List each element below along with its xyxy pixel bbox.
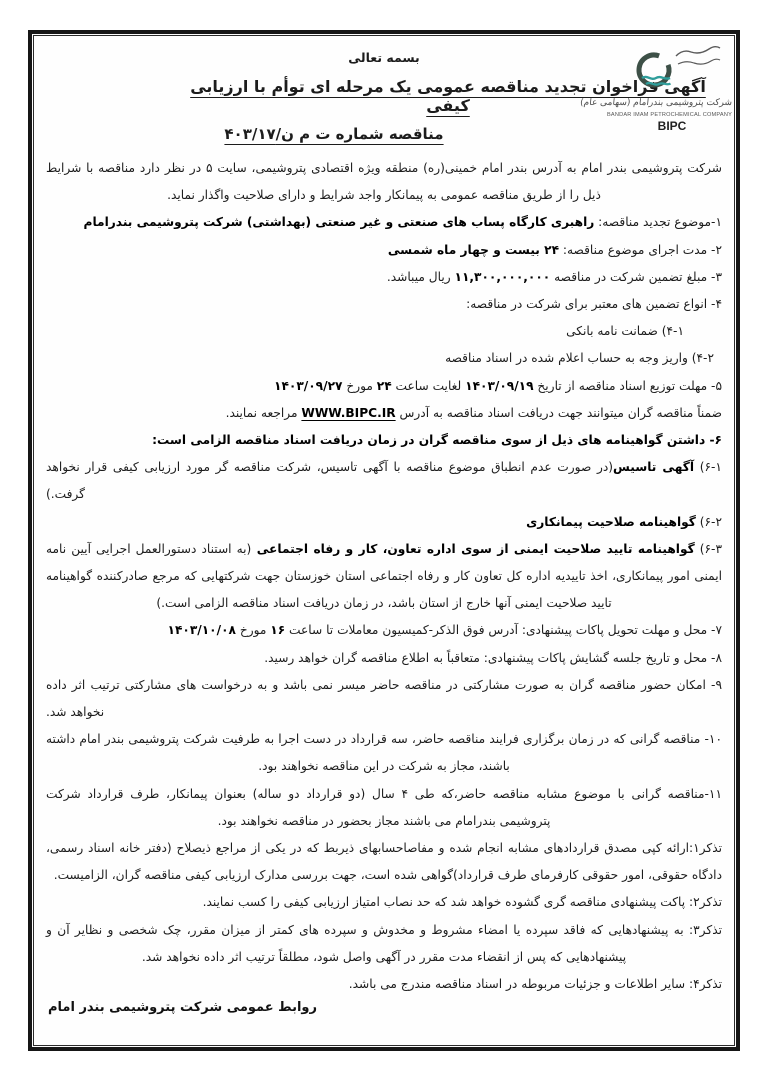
company-logo: شرکت پتروشیمی بندرامام (سهامی عام) BANDA… — [612, 42, 732, 133]
item-8-opening-session: ۸- محل و تاریخ جلسه گشایش پاکات پیشنهادی… — [46, 645, 722, 672]
item-10-three-contracts: ۱۰- مناقصه گرانی که در زمان برگزاری فرای… — [46, 726, 722, 780]
document-page: شرکت پتروشیمی بندرامام (سهامی عام) BANDA… — [34, 36, 734, 1045]
item-4-2-deposit: ۴-۲) واریز وجه به حساب اعلام شده در اسنا… — [46, 345, 722, 372]
note-4: تذکر۴: سایر اطلاعات و جزئیات مربوطه در ا… — [46, 971, 722, 998]
item-1-subject: ۱-موضوع تجدید مناقصه: راهبری کارگاه پساب… — [46, 209, 722, 236]
note-2: تذکر۲: پاکت پیشنهادی مناقصه گری گشوده خو… — [46, 889, 722, 916]
item-4-guarantee-types: ۴- انواع تضمین های معتبر برای شرکت در من… — [46, 291, 722, 318]
item-11-similar-contracts: ۱۱-مناقصه گرانی با موضوع مشابه مناقصه حا… — [46, 781, 722, 835]
item-5-document-distribution: ۵- مهلت توزیع اسناد مناقصه از تاریخ ۱۴۰۳… — [46, 373, 722, 400]
item-4-1-bank-guarantee: ۴-۱) ضمانت نامه بانکی — [46, 318, 722, 345]
logo-calligraphy-icon — [676, 47, 720, 64]
company-abbreviation: BIPC — [612, 119, 732, 133]
public-relations-signature: روابط عمومی شرکت پتروشیمی بندر امام — [48, 1000, 317, 1015]
document-frame: شرکت پتروشیمی بندرامام (سهامی عام) BANDA… — [28, 30, 740, 1051]
bismillah-text: بسمه تعالی — [166, 50, 602, 65]
website-note: ضمناً مناقصه گران میتوانند جهت دریافت اس… — [46, 400, 722, 427]
bipc-emblem-icon — [620, 42, 724, 98]
item-3-guarantee-amount: ۳- مبلغ تضمین شرکت در مناقصه ۱۱,۳۰۰,۰۰۰,… — [46, 264, 722, 291]
note-3: تذکر۳: به پیشنهادهایی که فاقد سپرده یا ا… — [46, 917, 722, 971]
tender-number-title: مناقصه شماره ت م ن/۴۰۳/۱۷ — [46, 125, 622, 143]
item-6-1-establishment-notice: ۶-۱) آگهی تاسیس(در صورت عدم انطباق موضوع… — [46, 454, 722, 508]
intro-paragraph: شرکت پتروشیمی بندر امام به آدرس بندر اما… — [46, 155, 722, 209]
document-body: شرکت پتروشیمی بندر امام به آدرس بندر اما… — [46, 155, 722, 998]
item-2-duration: ۲- مدت اجرای موضوع مناقصه: ۲۴ بیست و چها… — [46, 237, 722, 264]
document-frame-inner-rule: شرکت پتروشیمی بندرامام (سهامی عام) BANDA… — [33, 35, 735, 1046]
company-name-persian: شرکت پتروشیمی بندرامام (سهامی عام) — [611, 98, 732, 109]
item-6-certificates: ۶- داشتن گواهینامه های ذیل از سوی مناقصه… — [46, 427, 722, 454]
item-6-2-contractor-certificate: ۶-۲) گواهینامه صلاحیت پیمانکاری — [46, 509, 722, 536]
company-name-english: BANDAR IMAM PETROCHEMICAL COMPANY — [612, 112, 732, 118]
note-1: تذکر۱:ارائه کپی مصدق قراردادهای مشابه ان… — [46, 835, 722, 889]
item-7-delivery-deadline: ۷- محل و مهلت تحویل پاکات پیشنهادی: آدرس… — [46, 617, 722, 644]
item-6-3-safety-certificate: ۶-۳) گواهینامه تایید صلاحیت ایمنی از سوی… — [46, 536, 722, 618]
item-9-no-consortium: ۹- امکان حضور مناقصه گران به صورت مشارکت… — [46, 672, 722, 726]
